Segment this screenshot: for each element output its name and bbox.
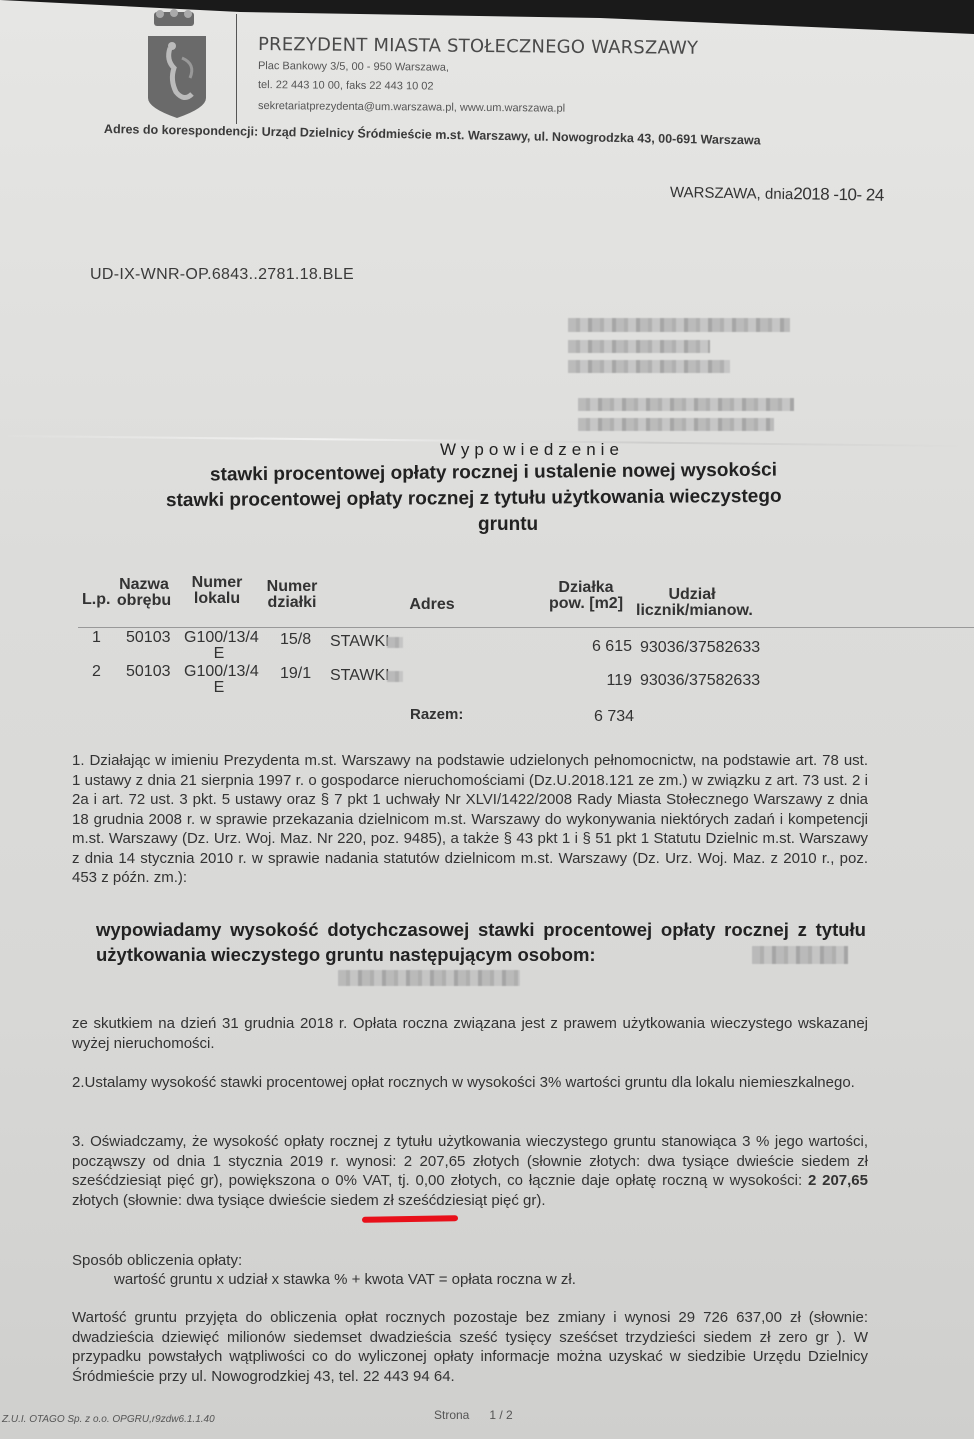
cell-dzialka: 19/1: [280, 666, 311, 682]
cell-dzialka: 15/8: [280, 632, 311, 648]
th-udzial: Udział licznik/mianow.: [636, 587, 748, 619]
calc-formula: wartość gruntu x udział x stawka % + kwo…: [72, 1270, 868, 1290]
th-dzialka: Numer działki: [264, 579, 320, 611]
page-indicator: Strona1 / 2: [434, 1408, 513, 1422]
redacted-names: [752, 946, 848, 964]
table-total-value: 6 734: [594, 709, 634, 725]
cell-udzial: 93036/37582633: [640, 673, 760, 689]
cell-lokal: G100/13/4 E: [184, 664, 254, 696]
calc-method-label: Sposób obliczenia opłaty:: [72, 1251, 868, 1271]
title-line-2: stawki procentowej opłaty rocznej z tytu…: [166, 486, 782, 512]
cell-obreb: 50103: [126, 630, 171, 646]
fee-text: 3. Oświadczamy, że wysokość opłaty roczn…: [72, 1133, 868, 1189]
redacted-house-number: [387, 637, 403, 648]
table-total-label: Razem:: [410, 707, 463, 723]
paragraph-annual-fee: 3. Oświadczamy, że wysokość opłaty roczn…: [72, 1132, 868, 1210]
warsaw-coat-of-arms-icon: [140, 8, 214, 120]
cell-lokal: G100/13/4 E: [184, 630, 254, 662]
issuer-address: Plac Bankowy 3/5, 00 - 950 Warszawa,: [258, 60, 449, 74]
cell-obreb: 50103: [126, 664, 171, 680]
redacted-recipient-line: [578, 398, 794, 411]
paragraph-land-value: Wartość gruntu przyjęta do obliczenia op…: [72, 1308, 868, 1386]
paragraph-effective-date: ze skutkiem na dzień 31 grudnia 2018 r. …: [72, 1014, 868, 1053]
document-date: WARSZAWA, dnia2018 -10- 24: [670, 182, 884, 206]
cell-lp: 1: [92, 630, 101, 646]
redacted-house-number: [387, 671, 403, 682]
document-page: [0, 0, 974, 1439]
th-obreb: Nazwa obrębu: [116, 577, 172, 609]
fee-amount: 2 207,65: [808, 1172, 868, 1189]
redacted-recipient-line: [568, 318, 790, 332]
cell-udzial: 93036/37582633: [640, 640, 760, 656]
redacted-recipient-line: [568, 340, 710, 353]
title-line-3: gruntu: [478, 514, 538, 536]
issuer-title: PREZYDENT MIASTA STOŁECZNEGO WARSZAWY: [258, 34, 698, 59]
document-heading: Wypowiedzenie: [440, 440, 624, 460]
reference-number: UD-IX-WNR-OP.6843..2781.18.BLE: [90, 266, 354, 284]
page-number: 1 / 2: [489, 1408, 512, 1422]
date-prefix: WARSZAWA, dnia: [670, 184, 794, 203]
th-lokal: Numer lokalu: [186, 575, 248, 607]
redacted-names: [338, 970, 520, 986]
page-label: Strona: [434, 1408, 469, 1422]
cell-adres: STAWKI: [330, 634, 390, 650]
cell-adres: STAWKI: [330, 668, 390, 684]
cell-pow: 119: [560, 673, 632, 689]
software-footer: Z.U.I. OTAGO Sp. z o.o. OPGRU,r9zdw6.1.1…: [2, 1414, 215, 1425]
cell-lp: 2: [92, 664, 101, 680]
date-stamp: 2018 -10- 24: [793, 184, 884, 205]
th-pow: Działka pow. [m2]: [548, 580, 624, 612]
termination-statement: wypowiadamy wysokość dotychczasowej staw…: [96, 917, 866, 967]
th-adres: Adres: [400, 597, 464, 613]
letterhead-divider: [236, 14, 237, 124]
paragraph-new-rate: 2.Ustalamy wysokość stawki procentowej o…: [72, 1073, 868, 1093]
table-header-rule: [78, 627, 974, 628]
th-lp: L.p.: [82, 592, 110, 608]
cell-pow: 6 615: [560, 639, 632, 655]
redacted-recipient-line: [568, 360, 730, 373]
redacted-recipient-line: [578, 418, 774, 431]
paragraph-legal-basis: 1. Działając w imieniu Prezydenta m.st. …: [72, 751, 868, 888]
fee-text-cont: złotych (słownie: dwa tysiące dwieście s…: [72, 1192, 546, 1209]
issuer-phone: tel. 22 443 10 00, faks 22 443 10 02: [258, 79, 434, 93]
